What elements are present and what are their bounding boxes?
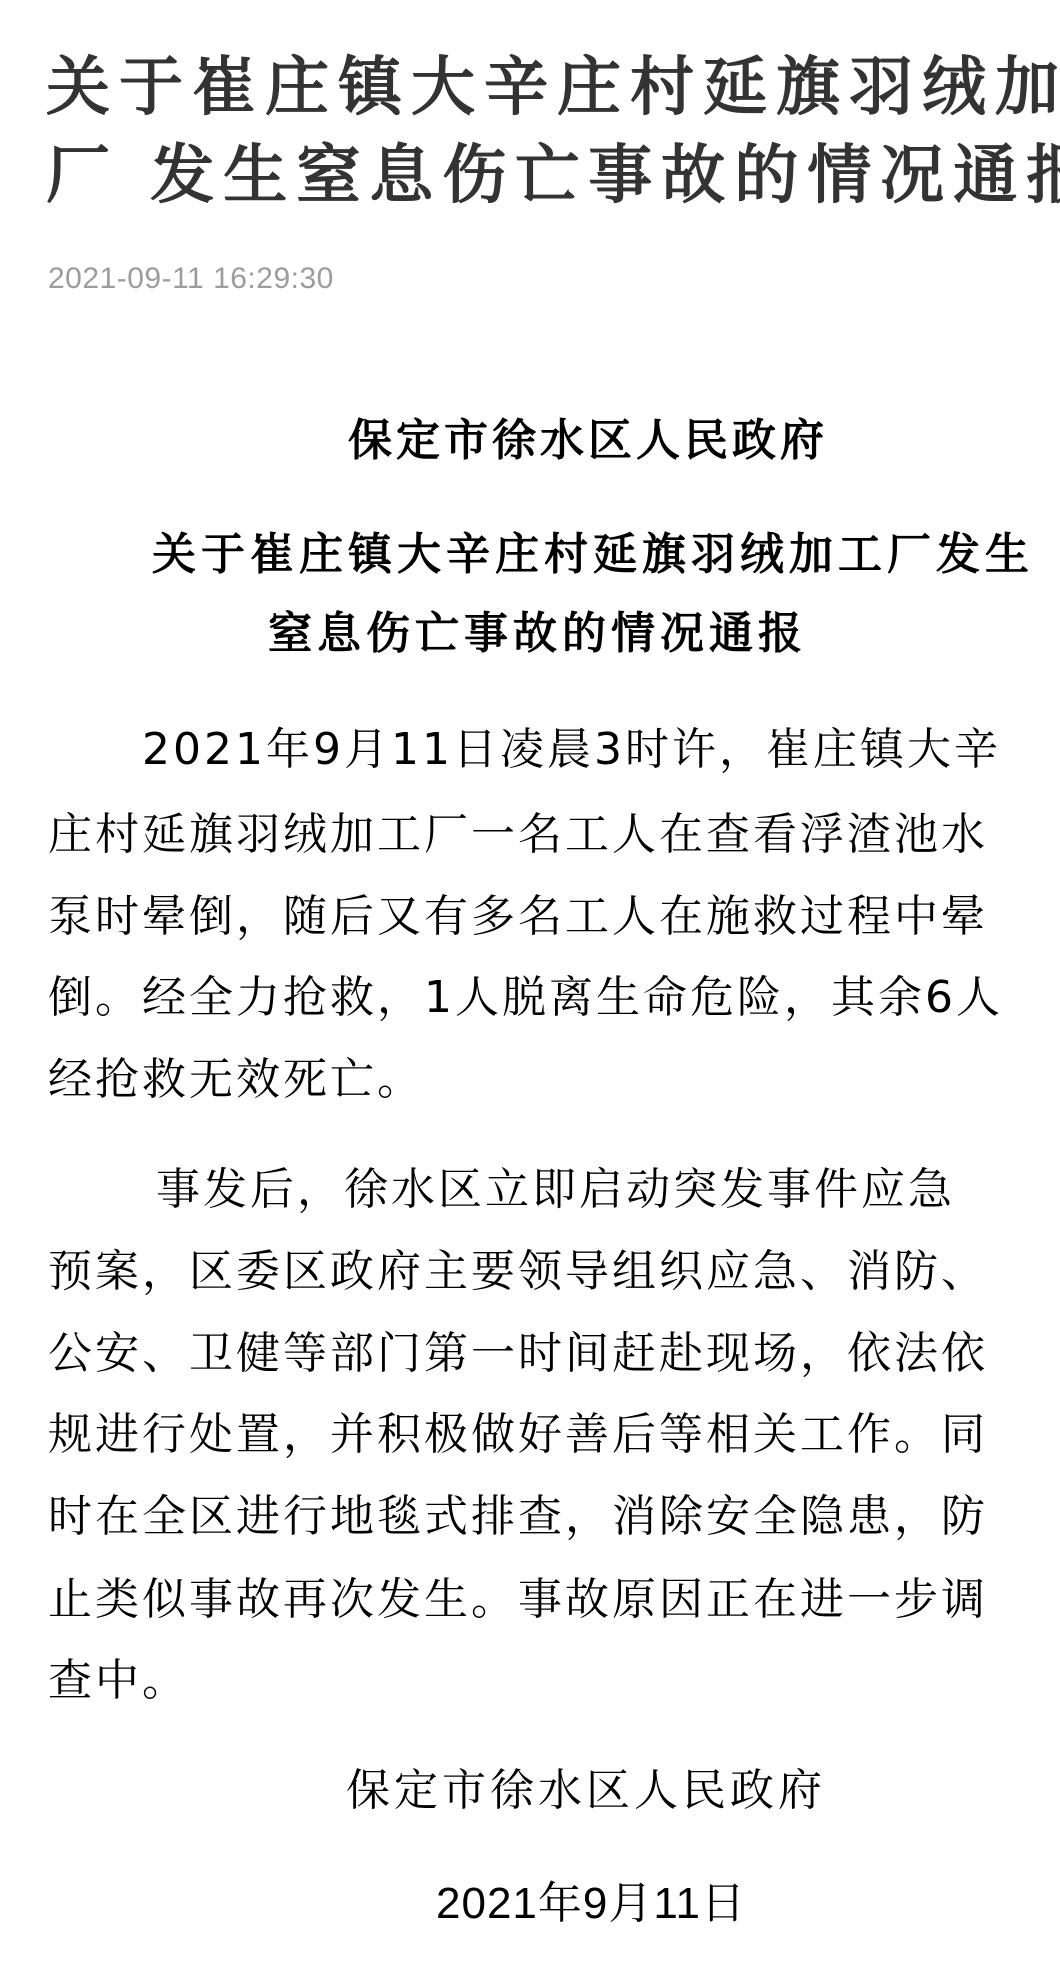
paragraph-line: 庄村延旗羽绒加工厂一名工人在查看浮渣池水: [48, 798, 988, 862]
paragraph-line: 预案，区委区政府主要领导组织应急、消防、: [48, 1235, 988, 1299]
signature-org: 保定市徐水区人民政府: [346, 1754, 826, 1818]
article-title: 关于崔庄镇大辛庄村延旗羽绒加工 厂 发生窒息伤亡事故的情况通报: [46, 44, 1060, 220]
paragraph-line: 泵时晕倒，随后又有多名工人在施救过程中晕: [48, 880, 988, 944]
paragraph-line: 2021年9月11日凌晨3时许，崔庄镇大辛: [142, 713, 1001, 777]
paragraph-line: 规进行处置，并积极做好善后等相关工作。同: [48, 1398, 988, 1462]
publish-timestamp: 2021-09-11 16:29:30: [48, 262, 334, 296]
document-heading-line: 窒息伤亡事故的情况通报: [268, 597, 807, 661]
document-heading-line: 关于崔庄镇大辛庄村延旗羽绒加工厂发生: [152, 518, 1034, 582]
paragraph-line: 经抢救无效死亡。: [48, 1043, 424, 1107]
article-title-line: 关于崔庄镇大辛庄村延旗羽绒加工: [46, 44, 1060, 132]
paragraph-line: 事发后，徐水区立即启动突发事件应急: [156, 1153, 955, 1217]
paragraph-line: 公安、卫健等部门第一时间赶赴现场，依法依: [48, 1317, 988, 1381]
paragraph-line: 止类似事故再次发生。事故原因正在进一步调: [48, 1563, 988, 1627]
signature-date: 2021年9月11日: [436, 1867, 746, 1931]
paragraph-line: 时在全区进行地毯式排查，消除安全隐患，防: [48, 1480, 988, 1544]
document-issuer: 保定市徐水区人民政府: [348, 404, 828, 468]
paragraph-line: 查中。: [48, 1644, 189, 1708]
article-title-line: 厂 发生窒息伤亡事故的情况通报: [46, 132, 1060, 220]
paragraph-line: 倒。经全力抢救，1人脱离生命危险，其余6人: [48, 961, 1003, 1025]
